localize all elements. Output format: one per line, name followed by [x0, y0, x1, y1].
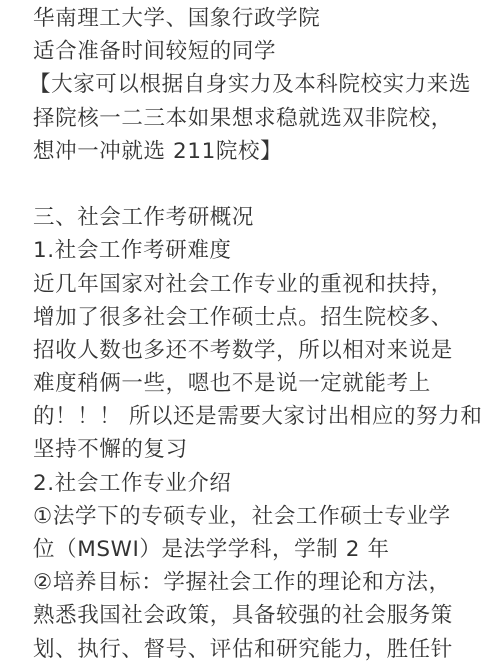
list-item-2: ②培养目标：学握社会工作的理论和方法， — [33, 566, 493, 599]
school-list-line: 华南理工大学、国象行政学院 — [33, 2, 493, 35]
subheading-major-intro: 2.社会工作专业介绍 — [33, 467, 493, 500]
document-body: 华南理工大学、国象行政学院 适合准备时间较短的同学 【大家可以根据自身实力及本科… — [33, 2, 493, 666]
paragraph-line: 招收人数也多还不考数学，所以相对来说是 — [33, 334, 493, 367]
subheading-difficulty: 1.社会工作考研难度 — [33, 234, 493, 267]
paragraph-line: 难度稍俩一些，嗯也不是说一定就能考上 — [33, 367, 493, 400]
list-item-1-cont: 位（MSWI）是法学学科，学制 2 年 — [33, 533, 493, 566]
section-heading-overview: 三、社会工作考研概况 — [33, 201, 493, 234]
paragraph-line: 增加了很多社会工作硕士点。招生院校多、 — [33, 301, 493, 334]
paragraph-line: 的！！！ 所以还是需要大家讨出相应的努力和 — [33, 400, 493, 433]
blank-line — [33, 168, 493, 201]
advice-line-3: 想冲一冲就选 211院校】 — [33, 135, 493, 168]
paragraph-line: 坚持不懈的复习 — [33, 433, 493, 466]
suitability-note: 适合准备时间较短的同学 — [33, 35, 493, 68]
list-item-2-cont: 划、执行、督号、评估和研究能力，胜任针 — [33, 633, 493, 666]
list-item-1: ①法学下的专硕专业，社会工作硕士专业学 — [33, 500, 493, 533]
advice-line-1: 【大家可以根据自身实力及本科院校实力来选 — [29, 68, 493, 101]
list-item-2-cont: 熟悉我国社会政策，具备较强的社会服务策 — [33, 599, 493, 632]
paragraph-line: 近几年国家对社会工作专业的重视和扶持， — [33, 268, 493, 301]
advice-line-2: 择院核一二三本如果想求稳就选双非院校， — [33, 102, 493, 135]
